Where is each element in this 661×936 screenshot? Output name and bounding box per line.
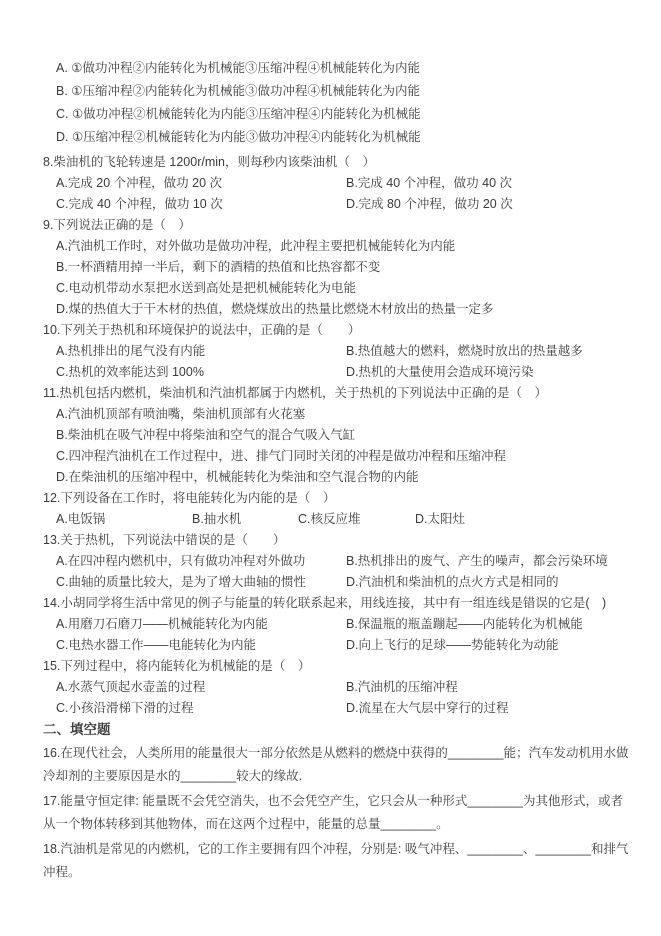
question-8: 8.柴油机的飞轮转速是 1200r/min，则每秒内该柴油机（ ） A.完成 2… <box>43 152 639 215</box>
question-12-options-row: A.电饭锅 B.抽水机 C.核反应堆 D.太阳灶 <box>43 509 639 530</box>
question-10-stem: 10.下列关于热机和环境保护的说法中，正确的是（ ） <box>43 320 639 341</box>
question-15-option-b: B.汽油机的压缩冲程 <box>346 677 458 698</box>
question-9-stem: 9.下列说法正确的是（ ） <box>43 215 639 236</box>
worksheet-page: A. ①做功冲程②内能转化为机械能③压缩冲程④机械能转化为内能 B. ①压缩冲程… <box>0 0 661 936</box>
question-16-line-1: 16.在现代社会，人类所用的能量很大一部分依然是从燃料的燃烧中获得的______… <box>43 742 639 765</box>
question-15-options-row-1: A.水蒸气顶起水壶盖的过程 B.汽油机的压缩冲程 <box>43 677 639 698</box>
question-12-option-a: A.电饭锅 <box>56 509 192 530</box>
question-13-option-c: C.曲轴的质量比较大，是为了增大曲轴的惯性 <box>56 572 346 593</box>
question-11-option-b: B.柴油机在吸气冲程中将柴油和空气的混合气吸入气缸 <box>43 425 639 446</box>
question-10-options-row-1: A.热机排出的尾气没有内能 B.热值越大的燃料，燃烧时放出的热量越多 <box>43 341 639 362</box>
question-12: 12.下列设备在工作时，将电能转化为内能的是（ ） A.电饭锅 B.抽水机 C.… <box>43 488 639 530</box>
question-12-option-d: D.太阳灶 <box>415 509 465 530</box>
question-17-line-2: 从一个物体转移到其他物体，而在这两个过程中，能量的总量________。 <box>43 813 639 836</box>
question-10-option-d: D.热机的大量使用会造成环境污染 <box>346 362 534 383</box>
question-15: 15.下列过程中，将内能转化为机械能的是（ ） A.水蒸气顶起水壶盖的过程 B.… <box>43 656 639 719</box>
question-18-line-1: 18.汽油机是常见的内燃机，它的工作主要拥有四个冲程，分别是: 吸气冲程、___… <box>43 838 639 861</box>
question-8-option-a: A.完成 20 个冲程，做功 20 次 <box>56 173 346 194</box>
question-12-stem: 12.下列设备在工作时，将电能转化为内能的是（ ） <box>43 488 639 509</box>
question-10-option-b: B.热值越大的燃料，燃烧时放出的热量越多 <box>346 341 583 362</box>
question-14-option-c: C.电热水器工作——电能转化为内能 <box>56 635 346 656</box>
question-8-option-c: C.完成 40 个冲程，做功 10 次 <box>56 194 346 215</box>
question-8-option-b: B.完成 40 个冲程，做功 40 次 <box>346 173 512 194</box>
question-17-line-1: 17.能量守恒定律: 能量既不会凭空消失，也不会凭空产生，它只会从一种形式___… <box>43 790 639 813</box>
question-13-option-a: A.在四冲程内燃机中，只有做功冲程对外做功 <box>56 551 346 572</box>
question-9-option-a: A.汽油机工作时，对外做功是做功冲程，此冲程主要把机械能转化为内能 <box>43 236 639 257</box>
question-15-option-c: C.小孩沿滑梯下滑的过程 <box>56 698 346 719</box>
question-11-stem: 11.热机包括内燃机，柴油机和汽油机都属于内燃机，关于热机的下列说法中正确的是（… <box>43 383 639 404</box>
question-18-line-2: 冲程。 <box>43 861 639 884</box>
question-7-option-b: B. ①压缩冲程②内能转化为机械能③做功冲程④机械能转化为内能 <box>43 80 639 103</box>
question-14-option-d: D.向上飞行的足球——势能转化为动能 <box>346 635 559 656</box>
question-13-option-d: D.汽油机和柴油机的点火方式是相同的 <box>346 572 559 593</box>
question-9-option-c: C.电动机带动水泵把水送到高处是把机械能转化为电能 <box>43 278 639 299</box>
question-15-stem: 15.下列过程中，将内能转化为机械能的是（ ） <box>43 656 639 677</box>
question-10-option-c: C.热机的效率能达到 100% <box>56 362 346 383</box>
question-8-options-row-1: A.完成 20 个冲程，做功 20 次 B.完成 40 个冲程，做功 40 次 <box>43 173 639 194</box>
question-18: 18.汽油机是常见的内燃机，它的工作主要拥有四个冲程，分别是: 吸气冲程、___… <box>43 838 639 884</box>
question-14: 14.小胡同学将生活中常见的例子与能量的转化联系起来，用线连接，其中有一组连线是… <box>43 593 639 656</box>
question-17: 17.能量守恒定律: 能量既不会凭空消失，也不会凭空产生，它只会从一种形式___… <box>43 790 639 836</box>
question-15-options-row-2: C.小孩沿滑梯下滑的过程 D.流星在大气层中穿行的过程 <box>43 698 639 719</box>
question-15-option-d: D.流星在大气层中穿行的过程 <box>346 698 509 719</box>
question-7-option-c: C. ①做功冲程②机械能转化为内能③压缩冲程④内能转化为机械能 <box>43 103 639 126</box>
question-7-option-d: D. ①压缩冲程②机械能转化为内能③做功冲程④内能转化为机械能 <box>43 126 639 149</box>
question-13: 13.关于热机，下列说法中错误的是（ ） A.在四冲程内燃机中，只有做功冲程对外… <box>43 530 639 593</box>
question-14-options-row-2: C.电热水器工作——电能转化为内能 D.向上飞行的足球——势能转化为动能 <box>43 635 639 656</box>
question-16: 16.在现代社会，人类所用的能量很大一部分依然是从燃料的燃烧中获得的______… <box>43 742 639 788</box>
section-2-heading: 二、填空题 <box>43 719 639 740</box>
question-12-option-c: C.核反应堆 <box>298 509 415 530</box>
question-13-options-row-1: A.在四冲程内燃机中，只有做功冲程对外做功 B.热机排出的废气、产生的噪声，都会… <box>43 551 639 572</box>
question-9: 9.下列说法正确的是（ ） A.汽油机工作时，对外做功是做功冲程，此冲程主要把机… <box>43 215 639 320</box>
question-9-option-d: D.煤的热值大于干木材的热值，燃烧煤放出的热量比燃烧木材放出的热量一定多 <box>43 299 639 320</box>
question-14-option-b: B.保温瓶的瓶盖蹦起——内能转化为机械能 <box>346 614 583 635</box>
question-10-options-row-2: C.热机的效率能达到 100% D.热机的大量使用会造成环境污染 <box>43 362 639 383</box>
question-11-option-d: D.在柴油机的压缩冲程中，机械能转化为柴油和空气混合物的内能 <box>43 467 639 488</box>
question-9-option-b: B.一杯酒精用掉一半后，剩下的酒精的热值和比热容都不变 <box>43 257 639 278</box>
question-10-option-a: A.热机排出的尾气没有内能 <box>56 341 346 362</box>
question-15-option-a: A.水蒸气顶起水壶盖的过程 <box>56 677 346 698</box>
question-13-option-b: B.热机排出的废气、产生的噪声，都会污染环境 <box>346 551 608 572</box>
question-11: 11.热机包括内燃机，柴油机和汽油机都属于内燃机，关于热机的下列说法中正确的是（… <box>43 383 639 488</box>
question-13-stem: 13.关于热机，下列说法中错误的是（ ） <box>43 530 639 551</box>
question-14-option-a: A.用磨刀石磨刀——机械能转化为内能 <box>56 614 346 635</box>
question-14-options-row-1: A.用磨刀石磨刀——机械能转化为内能 B.保温瓶的瓶盖蹦起——内能转化为机械能 <box>43 614 639 635</box>
question-10: 10.下列关于热机和环境保护的说法中，正确的是（ ） A.热机排出的尾气没有内能… <box>43 320 639 383</box>
worksheet-content: A. ①做功冲程②内能转化为机械能③压缩冲程④机械能转化为内能 B. ①压缩冲程… <box>0 0 661 884</box>
question-7-option-a: A. ①做功冲程②内能转化为机械能③压缩冲程④机械能转化为内能 <box>43 57 639 80</box>
question-14-stem: 14.小胡同学将生活中常见的例子与能量的转化联系起来，用线连接，其中有一组连线是… <box>43 593 639 614</box>
question-11-option-c: C.四冲程汽油机在工作过程中，进、排气门同时关闭的冲程是做功冲程和压缩冲程 <box>43 446 639 467</box>
question-13-options-row-2: C.曲轴的质量比较大，是为了增大曲轴的惯性 D.汽油机和柴油机的点火方式是相同的 <box>43 572 639 593</box>
question-8-option-d: D.完成 80 个冲程，做功 20 次 <box>346 194 513 215</box>
question-16-line-2: 冷却剂的主要原因是水的________较大的缘故． <box>43 765 639 788</box>
question-8-options-row-2: C.完成 40 个冲程，做功 10 次 D.完成 80 个冲程，做功 20 次 <box>43 194 639 215</box>
question-8-stem: 8.柴油机的飞轮转速是 1200r/min，则每秒内该柴油机（ ） <box>43 152 639 173</box>
question-11-option-a: A.汽油机顶部有喷油嘴，柴油机顶部有火花塞 <box>43 404 639 425</box>
question-7-options: A. ①做功冲程②内能转化为机械能③压缩冲程④机械能转化为内能 B. ①压缩冲程… <box>43 57 639 149</box>
question-12-option-b: B.抽水机 <box>192 509 298 530</box>
